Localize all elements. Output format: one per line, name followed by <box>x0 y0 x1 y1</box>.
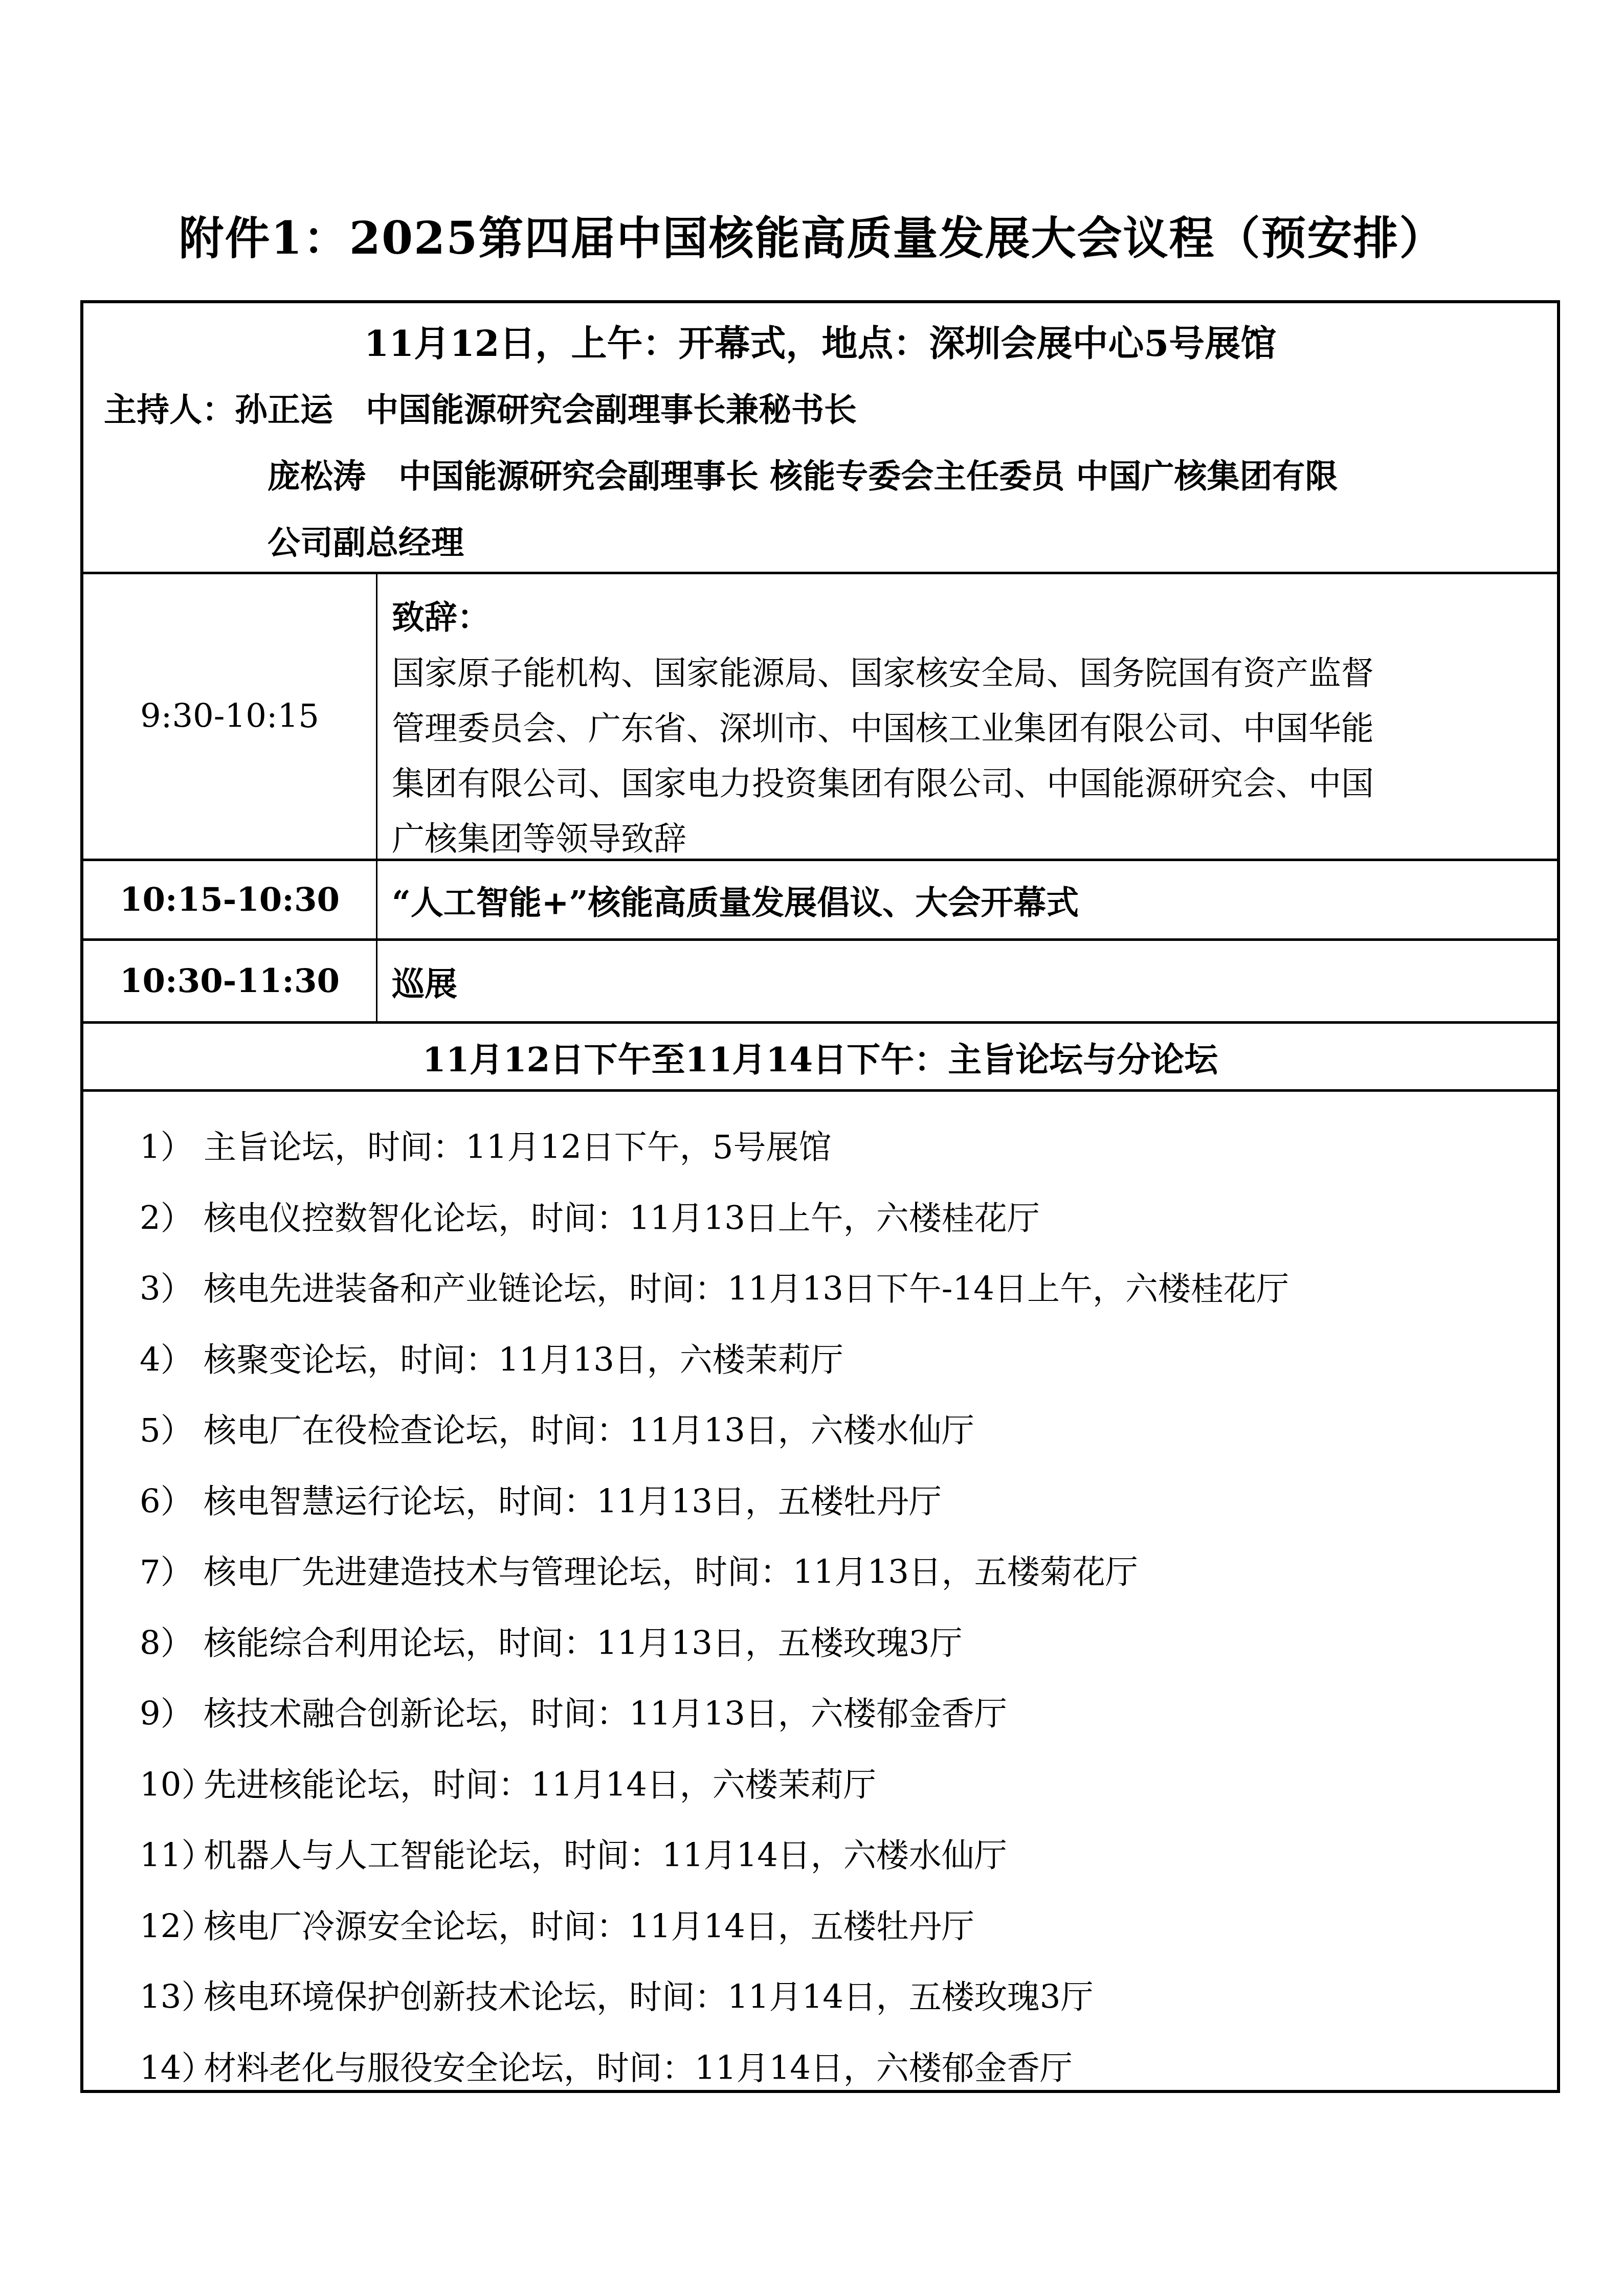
host-title-continued: 公司副总经理 <box>268 524 464 562</box>
host-name: 孙正运 <box>235 391 333 429</box>
opening-header: 11月12日，上午：开幕式，地点：深圳会展中心5号展馆 <box>83 310 1557 377</box>
forum-item: 2）核电仪控数智化论坛，时间：11月13日上午，六楼桂花厅 <box>140 1183 1557 1254</box>
content-cell: 致辞： 国家原子能机构、国家能源局、国家核安全局、国务院国有资产监督 管理委员会… <box>377 574 1557 859</box>
opening-section: 11月12日，上午：开幕式，地点：深圳会展中心5号展馆 主持人：孙正运中国能源研… <box>83 303 1557 574</box>
host-row-2: 庞松涛中国能源研究会副理事长 核能专委会主任委员 中国广核集团有限 <box>83 443 1557 510</box>
host-row-1: 主持人：孙正运中国能源研究会副理事长兼秘书长 <box>83 377 1557 443</box>
greeting-line: 管理委员会、广东省、深圳市、中国核工业集团有限公司、中国华能 <box>392 701 1547 756</box>
forum-item: 12）核电厂冷源安全论坛，时间：11月14日，五楼牡丹厅 <box>140 1892 1557 1963</box>
host-row-2-cont: 公司副总经理 <box>83 510 1557 576</box>
host-title: 中国能源研究会副理事长 核能专委会主任委员 中国广核集团有限 <box>398 457 1338 496</box>
forum-item: 11）机器人与人工智能论坛，时间：11月14日，六楼水仙厅 <box>140 1820 1557 1892</box>
host-name: 庞松涛 <box>268 457 366 496</box>
forum-item: 6）核电智慧运行论坛，时间：11月13日，五楼牡丹厅 <box>140 1467 1557 1538</box>
schedule-row: 9:30-10:15 致辞： 国家原子能机构、国家能源局、国家核安全局、国务院国… <box>83 574 1557 861</box>
greeting-label: 致辞： <box>392 590 1547 646</box>
forum-item: 4）核聚变论坛，时间：11月13日，六楼茉莉厅 <box>140 1325 1557 1396</box>
host-title: 中国能源研究会副理事长兼秘书长 <box>366 391 857 429</box>
time-cell: 10:30-11:30 <box>83 941 377 1021</box>
forums-header: 11月12日下午至11月14日下午：主旨论坛与分论坛 <box>422 1032 1218 1081</box>
time-cell: 10:15-10:30 <box>83 861 377 938</box>
schedule-row: 10:15-10:30 “人工智能+”核能高质量发展倡议、大会开幕式 <box>83 861 1557 941</box>
greeting-line: 广核集团等领导致辞 <box>392 812 1547 867</box>
forum-item: 1）主旨论坛，时间：11月12日下午，5号展馆 <box>140 1112 1557 1183</box>
greeting-line: 集团有限公司、国家电力投资集团有限公司、中国能源研究会、中国 <box>392 756 1547 812</box>
host-label: 主持人： <box>104 391 235 429</box>
forum-item: 10）先进核能论坛，时间：11月14日，六楼茉莉厅 <box>140 1750 1557 1821</box>
greeting-line: 国家原子能机构、国家能源局、国家核安全局、国务院国有资产监督 <box>392 646 1547 701</box>
forum-item: 7）核电厂先进建造技术与管理论坛，时间：11月13日，五楼菊花厅 <box>140 1537 1557 1608</box>
forums-list-row: 1）主旨论坛，时间：11月12日下午，5号展馆 2）核电仪控数智化论坛，时间：1… <box>83 1092 1557 2090</box>
forum-item: 13）核电环境保护创新技术论坛，时间：11月14日，五楼玫瑰3厅 <box>140 1962 1557 2033</box>
forum-item: 3）核电先进装备和产业链论坛，时间：11月13日下午-14日上午，六楼桂花厅 <box>140 1254 1557 1325</box>
forum-item: 5）核电厂在役检查论坛，时间：11月13日，六楼水仙厅 <box>140 1395 1557 1467</box>
forum-item: 8）核能综合利用论坛，时间：11月13日，五楼玫瑰3厅 <box>140 1608 1557 1679</box>
forum-item: 14）材料老化与服役安全论坛，时间：11月14日，六楼郁金香厅 <box>140 2033 1557 2104</box>
forum-item: 9）核技术融合创新论坛，时间：11月13日，六楼郁金香厅 <box>140 1679 1557 1750</box>
document-title: 附件1：2025第四届中国核能高质量发展大会议程（预安排） <box>0 205 1624 271</box>
time-cell: 9:30-10:15 <box>83 574 377 859</box>
forums-header-row: 11月12日下午至11月14日下午：主旨论坛与分论坛 <box>83 1024 1557 1092</box>
agenda-table: 11月12日，上午：开幕式，地点：深圳会展中心5号展馆 主持人：孙正运中国能源研… <box>80 300 1560 2093</box>
content-cell: “人工智能+”核能高质量发展倡议、大会开幕式 <box>377 861 1557 938</box>
schedule-row: 10:30-11:30 巡展 <box>83 941 1557 1024</box>
content-cell: 巡展 <box>377 941 1557 1021</box>
forum-list: 1）主旨论坛，时间：11月12日下午，5号展馆 2）核电仪控数智化论坛，时间：1… <box>83 1092 1557 2104</box>
